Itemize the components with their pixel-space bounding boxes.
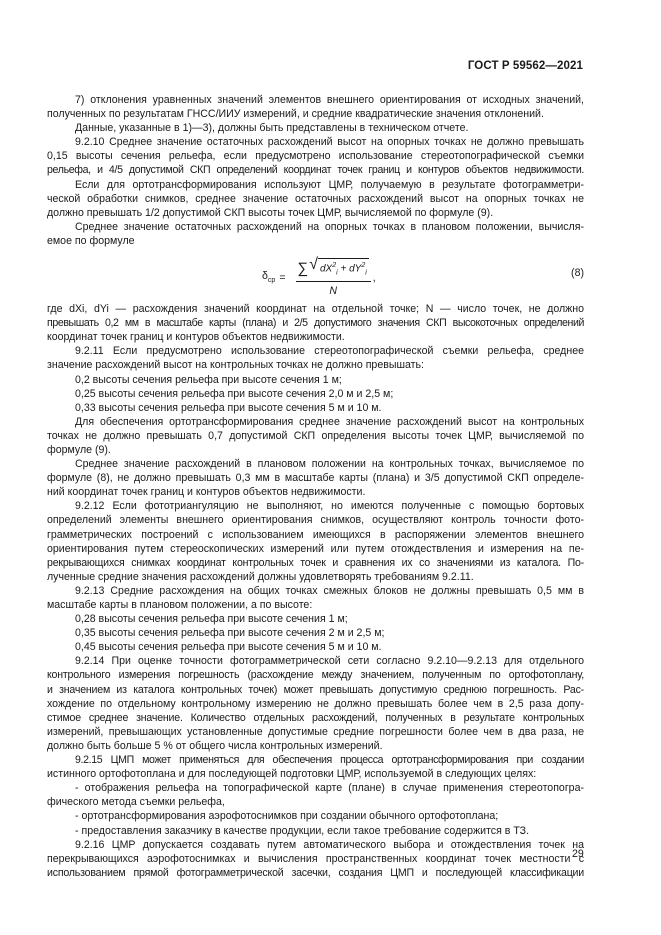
formula-numerator: ∑ √ dX2i + dY2i	[296, 258, 371, 282]
text-line: координат точек границ и контуров объект…	[47, 330, 584, 344]
equation-number: (8)	[571, 266, 584, 280]
sqrt-icon: √	[309, 258, 318, 280]
text-line: 9.2.14 При оценке точности фотограмметри…	[47, 654, 584, 668]
text-line: должно быть больше 5 % от общего числа к…	[47, 739, 584, 753]
text-line: ческой обработки снимков, среднее значен…	[47, 192, 584, 206]
text-line: Данные, указанные в 1)—3), должны быть п…	[47, 121, 584, 135]
text-line: емое по формуле	[47, 234, 584, 248]
text-line: истинного ортофотоплана и для последующе…	[47, 767, 584, 781]
document-body: 7) отклонения уравненных значений элемен…	[47, 93, 584, 880]
text-line: 9.2.16 ЦМР допускается создавать путем а…	[47, 838, 584, 852]
text-line: лученные средние значения расхождений до…	[47, 570, 584, 584]
text-line: фического метода съемки рельефа,	[47, 795, 584, 809]
text-line: должно превышать 1/2 допустимой СКП высо…	[47, 206, 584, 220]
formula-lhs: δср	[262, 269, 275, 288]
text-line: 9.2.12 Если фототриангуляцию не выполняю…	[47, 499, 584, 513]
list-item: - отображения рельефа на топографической…	[47, 781, 584, 795]
text-line: и значением из каталога контрольных точе…	[47, 683, 584, 697]
list-item: 0,35 высоты сечения рельефа при высоте с…	[47, 626, 584, 640]
text-line: 9.2.10 Среднее значение остаточных расхо…	[47, 135, 584, 149]
text-line: ний координат точек границ и контуров об…	[47, 485, 584, 499]
text-line: полученных по результатам ГНСС/ИИУ измер…	[47, 107, 584, 121]
text-line: Среднее значение расхождений в плановом …	[47, 457, 584, 471]
text-line: измерений, превышающих установленные доп…	[47, 725, 584, 739]
text-line: стимое среднее значение. Количество отде…	[47, 711, 584, 725]
list-item: 0,28 высоты сечения рельефа при высоте с…	[47, 612, 584, 626]
text-line: 9.2.15 ЦМП может применяться для обеспеч…	[47, 753, 584, 767]
formula-8: δср = ∑ √ dX2i + dY2i N , (8)	[47, 252, 584, 300]
page-number: 29	[572, 848, 584, 860]
text-line: формуле (8), не должно превышать 0,3 мм …	[47, 471, 584, 485]
text-line: 0,15 высоты сечения рельефа, если предус…	[47, 149, 584, 163]
sum-symbol: ∑	[298, 262, 309, 276]
text-line: определений элементы внешнего ориентиров…	[47, 513, 584, 527]
list-item: 0,33 высоты сечения рельефа при высоте с…	[47, 401, 584, 415]
text-line: использованием прямой фотограмметрическо…	[47, 866, 584, 880]
list-item: 0,2 высоты сечения рельефа при высоте се…	[47, 373, 584, 387]
formula-fraction: ∑ √ dX2i + dY2i N	[296, 258, 371, 299]
formula-expression: δср = ∑ √ dX2i + dY2i N ,	[262, 258, 376, 299]
formula-denominator: N	[329, 282, 337, 298]
text-line: точках не должно превышать 0,7 допустимо…	[47, 429, 584, 443]
sqrt-body: dX2i + dY2i	[318, 258, 369, 280]
text-line: Среднее значение остаточных расхождений …	[47, 220, 584, 234]
text-line: контрольного измерения погрешность (расх…	[47, 668, 584, 682]
text-line: 9.2.13 Средние расхождения на общих точк…	[47, 584, 584, 598]
text-line: хождение по отдельному контрольному изме…	[47, 697, 584, 711]
list-item: - предоставления заказчику в качестве пр…	[47, 824, 584, 838]
text-line: Если для ортотрансформирования использую…	[47, 178, 584, 192]
text-line: 9.2.11 Если предусмотрено использование …	[47, 344, 584, 358]
text-line: где dXi, dYi — расхождения значений коор…	[47, 302, 584, 316]
text-line: значение расхождений высот на контрольны…	[47, 358, 584, 372]
formula-trailing: ,	[373, 271, 376, 285]
list-item: 0,45 высоты сечения рельефа при высоте с…	[47, 640, 584, 654]
text-line: формуле (9).	[47, 443, 584, 457]
list-item: - ортотрансформирования аэрофотоснимков …	[47, 809, 584, 823]
text-line: масштабе карты в плановом положении, а п…	[47, 598, 584, 612]
list-item: 0,25 высоты сечения рельефа при высоте с…	[47, 387, 584, 401]
text-line: рельефа, и 4/5 допустимой СКП определени…	[47, 163, 584, 177]
sqrt-expression: √ dX2i + dY2i	[309, 258, 369, 280]
formula-equals: =	[279, 271, 285, 285]
text-line: 7) отклонения уравненных значений элемен…	[47, 93, 584, 107]
text-line: ориентирования путем стереоскопических и…	[47, 542, 584, 556]
text-line: грамметрических построений с использован…	[47, 528, 584, 542]
text-line: Для обеспечения ортотрансформирования ср…	[47, 415, 584, 429]
standard-header: ГОСТ Р 59562—2021	[468, 60, 583, 72]
text-line: рекрывающихся снимках координат контроль…	[47, 556, 584, 570]
text-line: перекрывающихся аэрофотоснимках и вычисл…	[47, 852, 584, 866]
text-line: превышать 0,2 мм в масштабе карты (плана…	[47, 316, 584, 330]
